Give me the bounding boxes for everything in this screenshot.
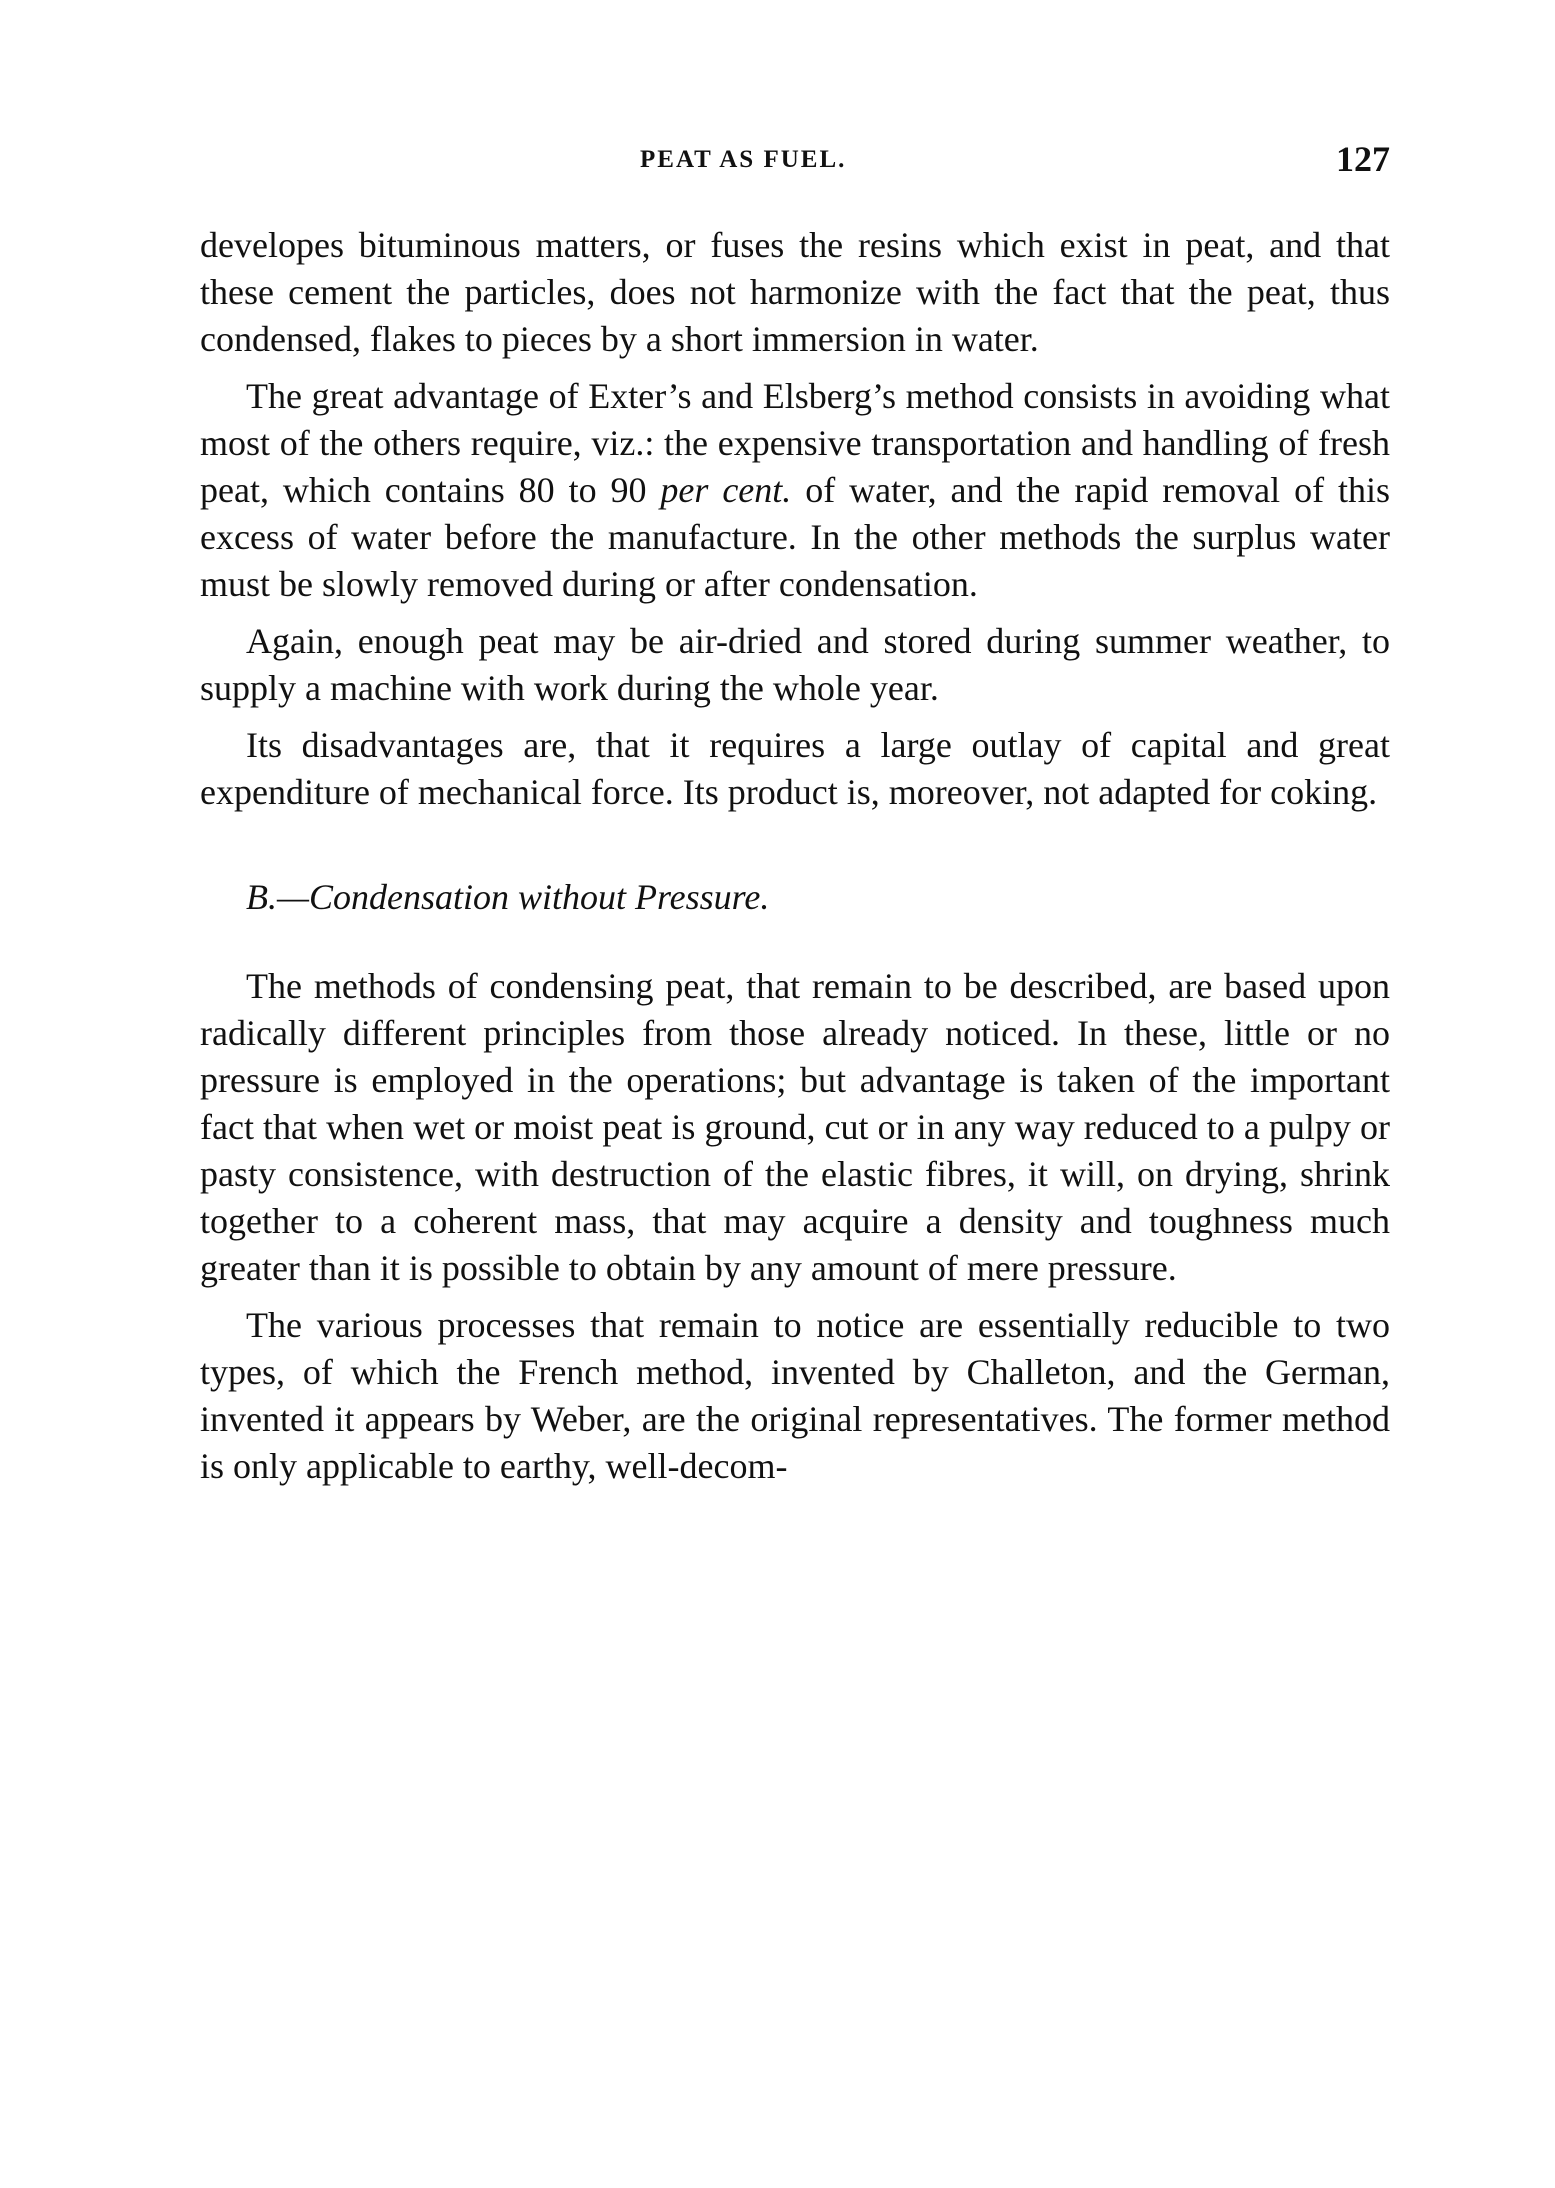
- paragraph-various-processes: The various processes that remain to not…: [200, 1302, 1390, 1490]
- paragraph-air-dried: Again, enough peat may be air-dried and …: [200, 618, 1390, 712]
- page-header: PEAT AS FUEL. 127: [200, 138, 1390, 188]
- paragraph-continued: developes bituminous matters, or fuses t…: [200, 222, 1390, 363]
- italic-term: per cent.: [660, 470, 791, 510]
- page-number: 127: [1336, 138, 1390, 180]
- paragraph-disadvantages: Its disadvantages are, that it requires …: [200, 722, 1390, 816]
- section-heading: B.—Condensation without Pressure.: [200, 874, 1390, 921]
- running-head: PEAT AS FUEL.: [640, 146, 846, 174]
- paragraph-exter-elsberg-advantage: The great advantage of Exter’s and Elsbe…: [200, 373, 1390, 608]
- page-body: developes bituminous matters, or fuses t…: [200, 222, 1390, 1490]
- paragraph-condensing-methods: The methods of condensing peat, that rem…: [200, 963, 1390, 1292]
